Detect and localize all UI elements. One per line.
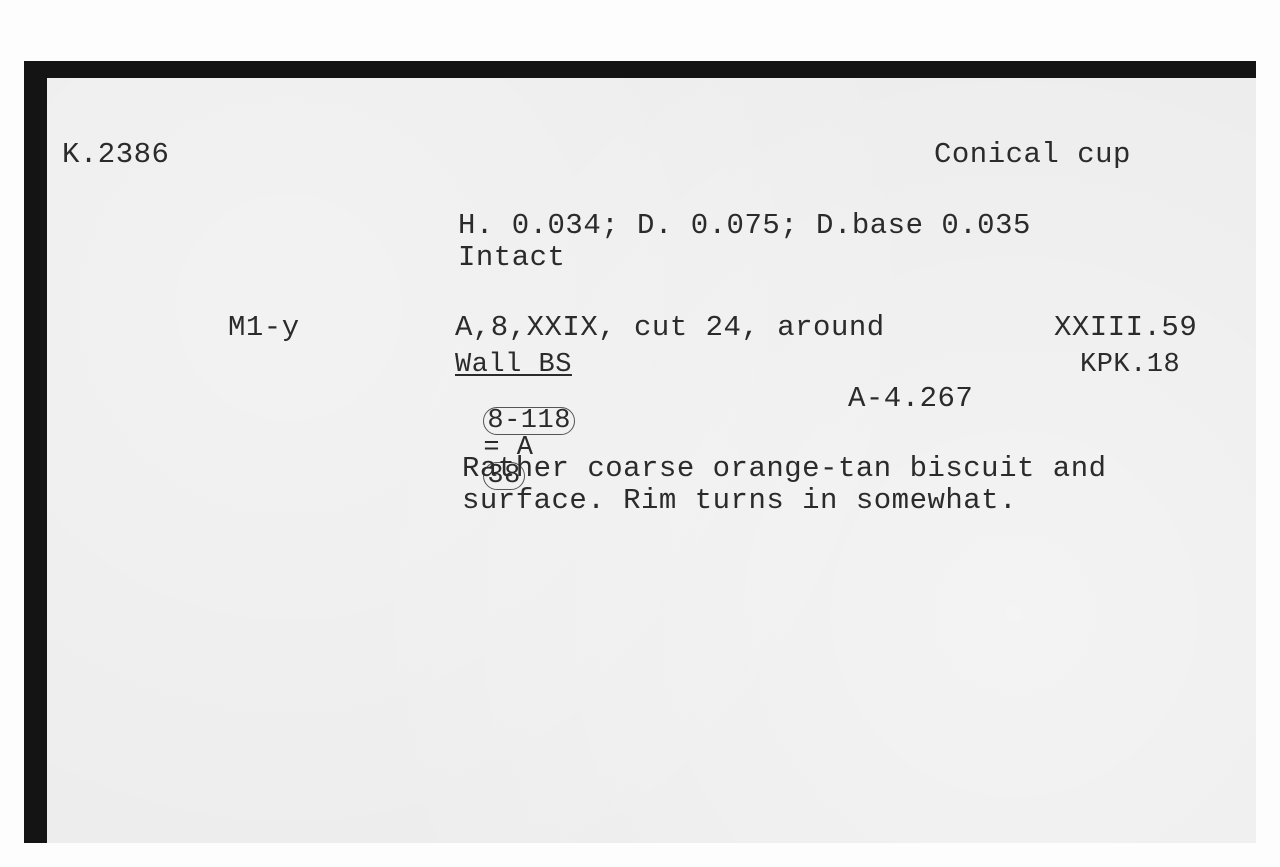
findspot-line-1: A,8,XXIX, cut 24, around <box>455 313 885 342</box>
findspot-line-2: Wall BS <box>455 352 572 379</box>
date-code: XXIII.59 <box>1054 313 1197 342</box>
dimensions: H. 0.034; D. 0.075; D.base 0.035 <box>458 211 1031 240</box>
description-line-2: surface. Rim turns in somewhat. <box>462 486 1017 515</box>
context-code: M1-y <box>228 313 300 342</box>
description-line-1: Rather coarse orange-tan biscuit and <box>462 454 1107 483</box>
secondary-reference: A-4.267 <box>848 384 973 413</box>
notebook-reference: KPK.18 <box>1080 352 1180 379</box>
catalog-number: K.2386 <box>62 140 169 169</box>
condition: Intact <box>458 243 565 272</box>
object-type: Conical cup <box>934 140 1131 169</box>
circled-reference-1: 8-118 <box>483 407 575 435</box>
